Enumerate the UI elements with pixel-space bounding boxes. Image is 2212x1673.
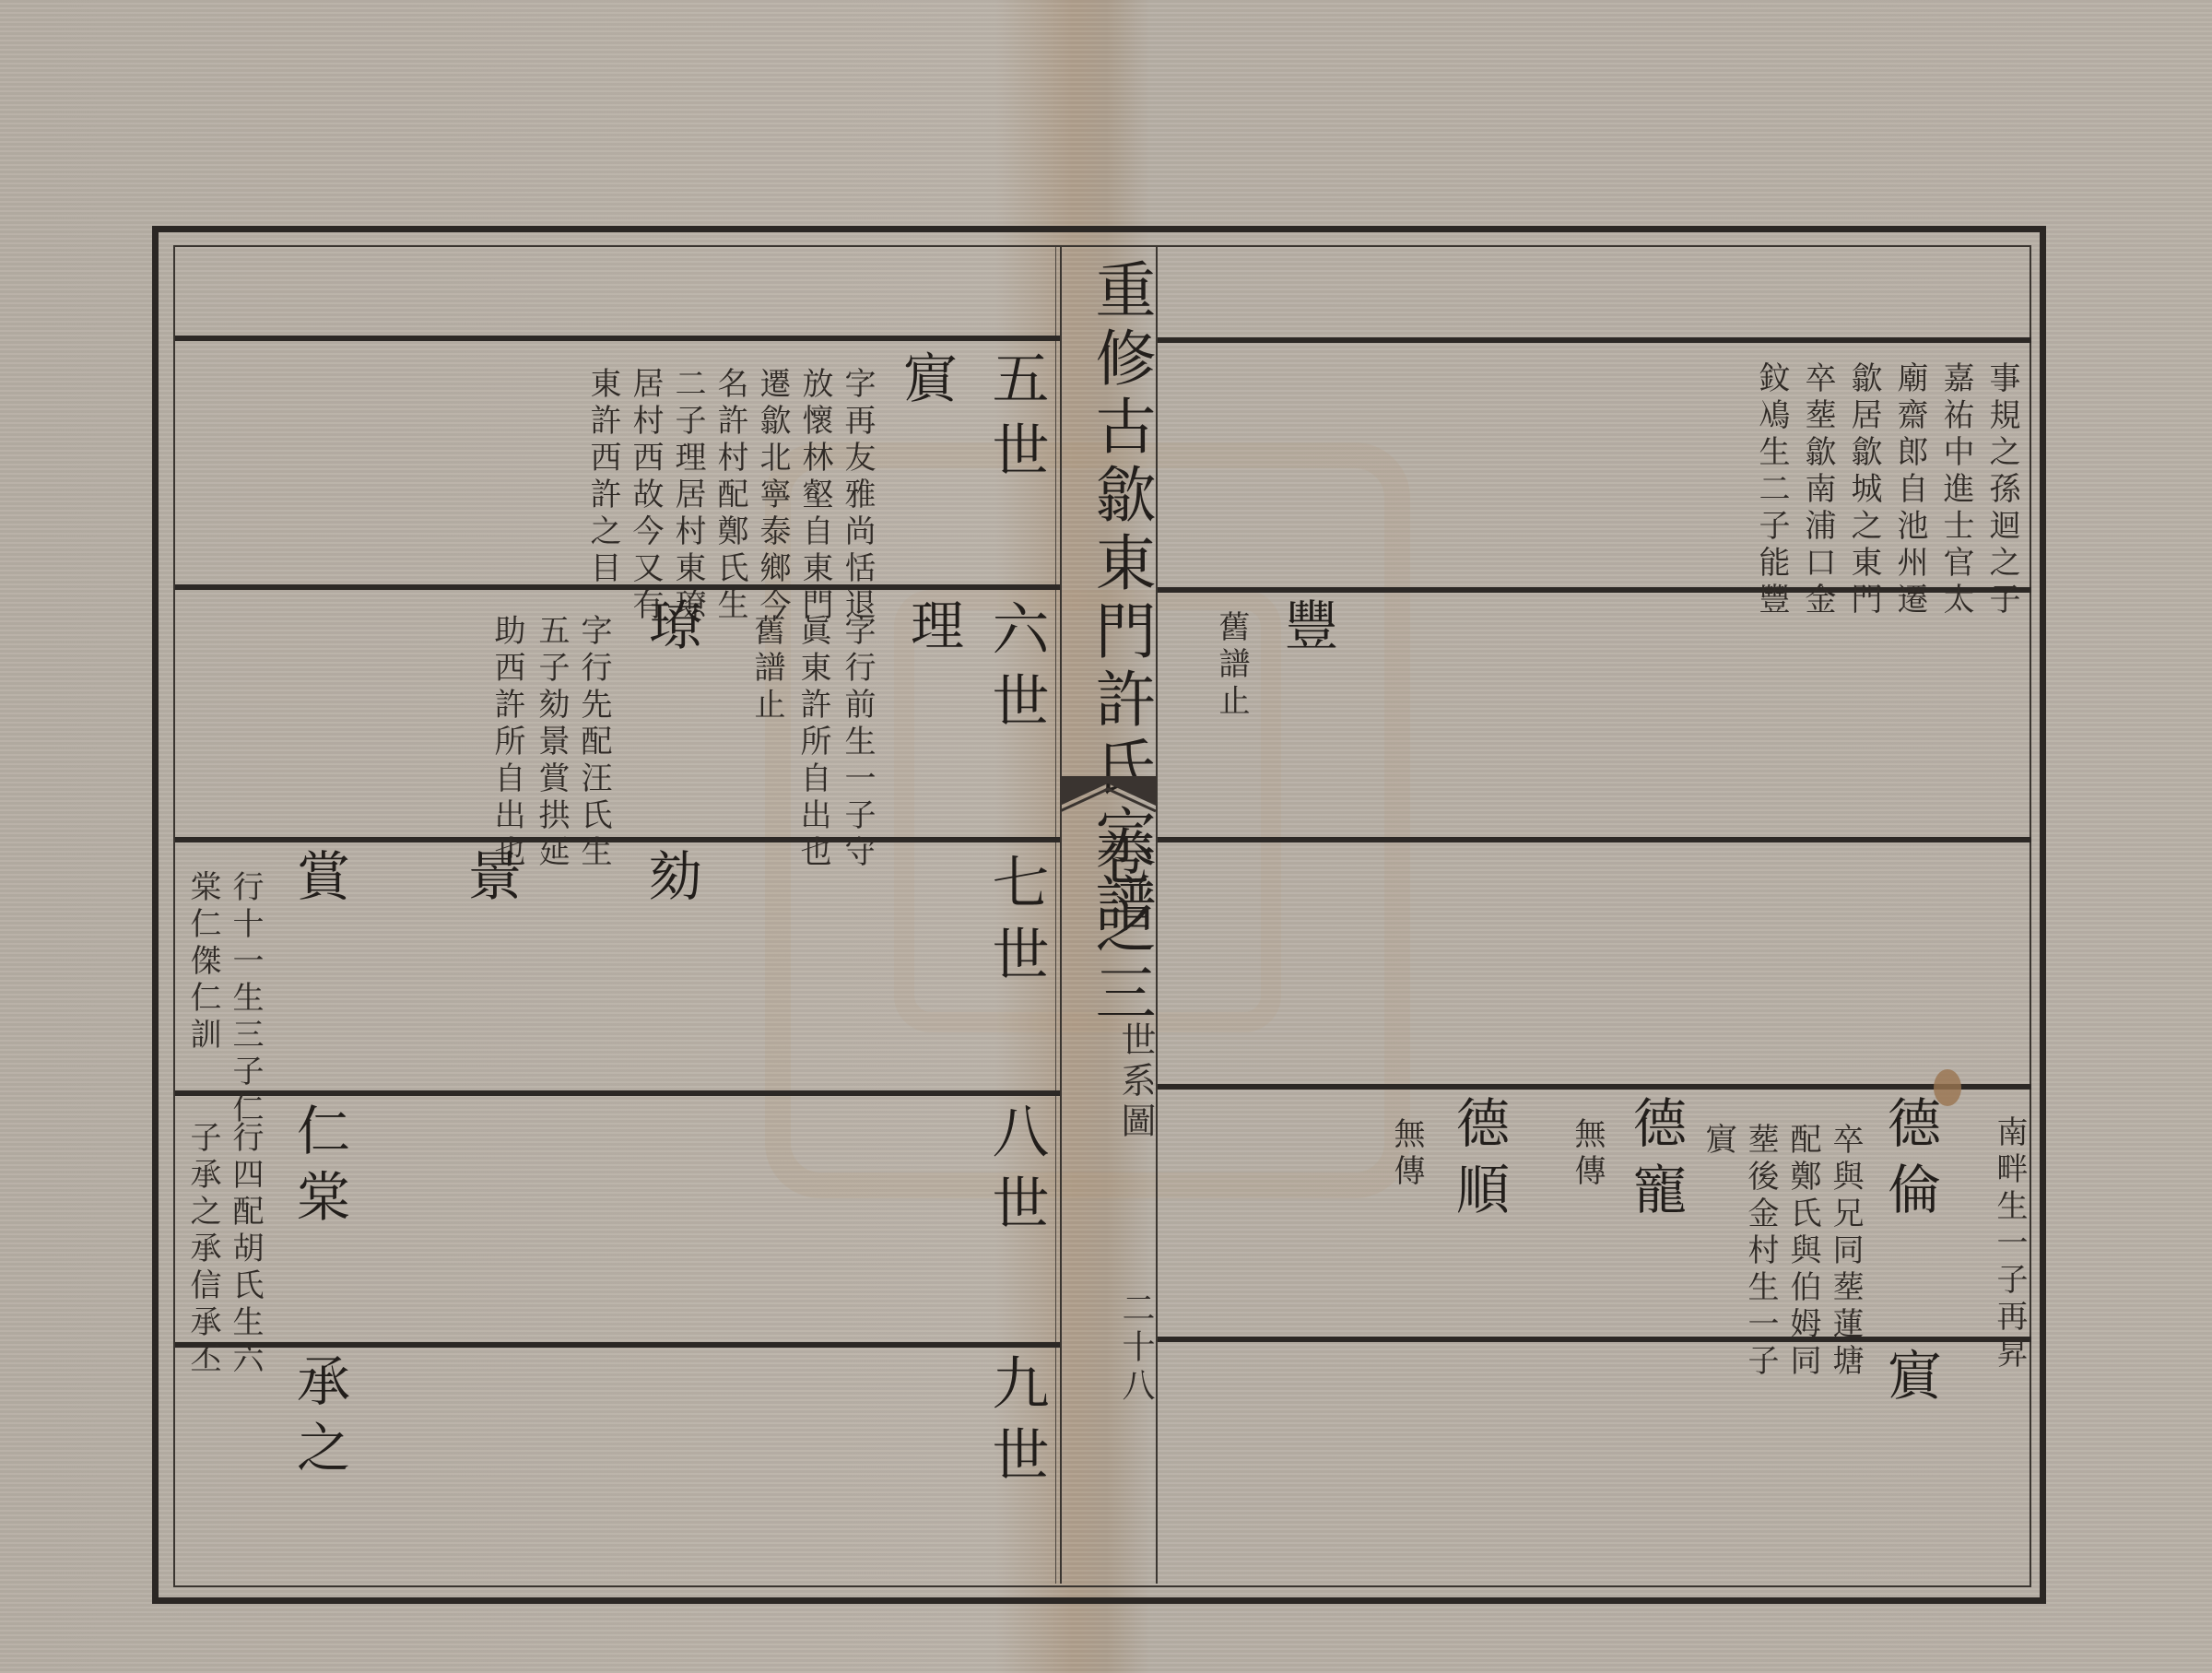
person-note: 行四配胡氏生六 (225, 1121, 265, 1379)
person-note: 事規之孫迴之子 (1982, 361, 2022, 619)
row-rule (1158, 1084, 2031, 1090)
generation-label-9: 九世 (975, 1353, 1057, 1497)
person-note: 鈫鳰生二子能豐 (1751, 361, 1792, 619)
generation-label-5: 五世 (975, 348, 1057, 492)
person-name: 德順 (1440, 1095, 1517, 1228)
page-number: 二十八 (1115, 1290, 1156, 1407)
row-rule (1158, 837, 2031, 842)
person-note: 無傳 (1567, 1117, 1607, 1191)
person-note: 遷歙北寧泰鄉今 (752, 367, 793, 625)
person-note: 助西許所自出也 (487, 614, 527, 872)
person-note: 賔 (1698, 1123, 1738, 1160)
generation-label-8: 八世 (975, 1102, 1057, 1245)
row-rule (1158, 337, 2031, 343)
person-name: 承之 (280, 1353, 358, 1486)
generation-label-6: 六世 (975, 599, 1057, 743)
person-note: 行十一生三子仁 (225, 870, 265, 1128)
person-note: 眞東許所自出也 (793, 614, 833, 872)
person-note: 名許村配鄭氏生 (710, 367, 750, 625)
person-note: 字行先配汪氏生 (573, 614, 614, 872)
volume-label: 卷之三 (1077, 825, 1164, 1030)
person-note: 舊譜止 (747, 614, 787, 725)
row-rule (175, 336, 1060, 341)
person-note: 卒塟歙南浦口金 (1797, 361, 1838, 619)
person-name: 仁棠 (280, 1102, 358, 1235)
person-note: 卒與兄同塟蓮塘 (1825, 1123, 1865, 1381)
person-note: 東許西許之目 (582, 367, 623, 588)
person-name: 德寵 (1617, 1095, 1694, 1228)
person-note: 棠仁傑仁訓 (182, 870, 223, 1054)
person-note: 歙居歙城之東門 (1843, 361, 1884, 619)
spine-line-left (1060, 247, 1062, 1584)
row-rule (175, 1090, 1060, 1096)
person-note: 南畔生一子再昇 (1989, 1115, 2030, 1373)
row-rule (175, 1342, 1060, 1348)
person-name: 賔 (1871, 1348, 1948, 1414)
person-name: 璙 (632, 597, 710, 664)
person-note: 嘉祐中進士官太 (1935, 361, 1976, 619)
generation-label-7: 七世 (975, 853, 1057, 996)
person-note: 字行前生一子守 (837, 614, 877, 872)
person-name: 德倫 (1871, 1095, 1948, 1228)
section-label: 世系圖 (1115, 1021, 1156, 1143)
fish-tail-ornament (1060, 776, 1156, 813)
person-name: 豐 (1268, 597, 1346, 664)
person-note: 塟後金村生一子 (1740, 1123, 1781, 1381)
person-note: 無傳 (1386, 1117, 1427, 1191)
person-name: 賞 (280, 848, 358, 914)
person-note: 居村西故今又有 (625, 367, 665, 625)
row-rule (175, 837, 1060, 842)
person-name: 賔 (887, 350, 964, 417)
person-note: 廟齋郎自池州遷 (1889, 361, 1930, 619)
row-rule (1158, 1337, 2031, 1342)
person-name: 劾 (632, 848, 710, 914)
person-note: 子承之承信承丕 (182, 1121, 223, 1379)
paper-stain (1934, 1069, 1961, 1106)
person-name: 㬌 (452, 848, 529, 914)
person-name: 理 (894, 597, 971, 664)
person-note: 五子劾㬌賞拱延 (531, 614, 571, 872)
person-note: 舊譜止 (1211, 610, 1252, 721)
person-note: 字再友雅尚恬退 (837, 367, 877, 625)
person-note: 配鄭氏與伯姆同 (1783, 1123, 1823, 1381)
person-note: 放懷林壑自東門 (794, 367, 835, 625)
person-note: 二子理居村東璙 (667, 367, 708, 625)
